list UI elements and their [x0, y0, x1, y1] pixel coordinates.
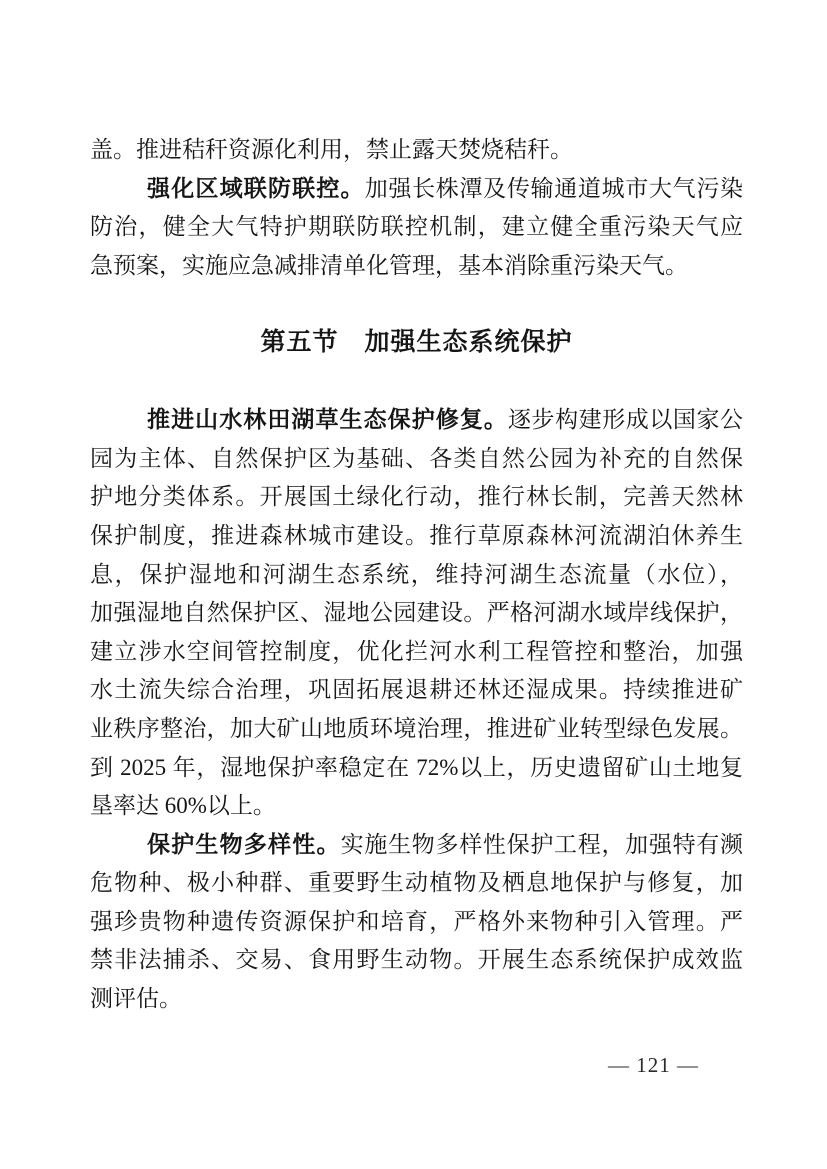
page-number: — 121 —	[608, 1052, 699, 1078]
page-content: 盖。推进秸秆资源化利用，禁止露天焚烧秸秆。 强化区域联防联控。加强长株潭及传输通…	[90, 131, 743, 1019]
body-line: 加强湿地自然保护区、湿地公园建设。严格河湖水域岸线保护，	[90, 594, 743, 633]
document-page: 盖。推进秸秆资源化利用，禁止露天焚烧秸秆。 强化区域联防联控。加强长株潭及传输通…	[0, 0, 827, 1169]
paragraph-text: 逐步构建形成以国家公	[508, 407, 743, 432]
body-line: 强化区域联防联控。加强长株潭及传输通道城市大气污染	[90, 170, 743, 209]
body-line: 息，保护湿地和河湖生态系统，维持河湖生态流量（水位），	[90, 556, 743, 595]
body-line: 护地分类体系。开展国土绿化行动，推行林长制，完善天然林	[90, 478, 743, 517]
body-line: 垦率达 60%以上。	[90, 787, 743, 826]
body-line: 推进山水林田湖草生态保护修复。逐步构建形成以国家公	[90, 401, 743, 440]
body-line: 急预案，实施应急减排清单化管理，基本消除重污染天气。	[90, 247, 743, 286]
section-heading: 第五节 加强生态系统保护	[90, 324, 743, 363]
paragraph-lead: 强化区域联防联控。	[147, 176, 365, 201]
body-line: 禁非法捕杀、交易、食用野生动物。开展生态系统保护成效监	[90, 941, 743, 980]
body-line: 建立涉水空间管控制度，优化拦河水利工程管控和整治，加强	[90, 633, 743, 672]
body-line: 到 2025 年，湿地保护率稳定在 72%以上，历史遗留矿山土地复	[90, 749, 743, 788]
paragraph-lead: 保护生物多样性。	[147, 832, 341, 857]
body-line: 危物种、极小种群、重要野生动植物及栖息地保护与修复，加	[90, 864, 743, 903]
body-line: 防治，健全大气特护期联防联控机制，建立健全重污染天气应	[90, 208, 743, 247]
body-line: 业秩序整治，加大矿山地质环境治理，推进矿业转型绿色发展。	[90, 710, 743, 749]
paragraph-text: 加强长株潭及传输通道城市大气污染	[365, 176, 743, 201]
body-line: 测评估。	[90, 980, 743, 1019]
body-line: 强珍贵物种遗传资源保护和培育，严格外来物种引入管理。严	[90, 903, 743, 942]
body-line: 保护制度，推进森林城市建设。推行草原森林河流湖泊休养生	[90, 517, 743, 556]
body-line: 水土流失综合治理，巩固拓展退耕还林还湿成果。持续推进矿	[90, 671, 743, 710]
body-line: 园为主体、自然保护区为基础、各类自然公园为补充的自然保	[90, 440, 743, 479]
paragraph-lead: 推进山水林田湖草生态保护修复。	[147, 407, 508, 432]
body-line: 盖。推进秸秆资源化利用，禁止露天焚烧秸秆。	[90, 131, 743, 170]
body-line: 保护生物多样性。实施生物多样性保护工程，加强特有濒	[90, 826, 743, 865]
paragraph-text: 实施生物多样性保护工程，加强特有濒	[341, 832, 743, 857]
